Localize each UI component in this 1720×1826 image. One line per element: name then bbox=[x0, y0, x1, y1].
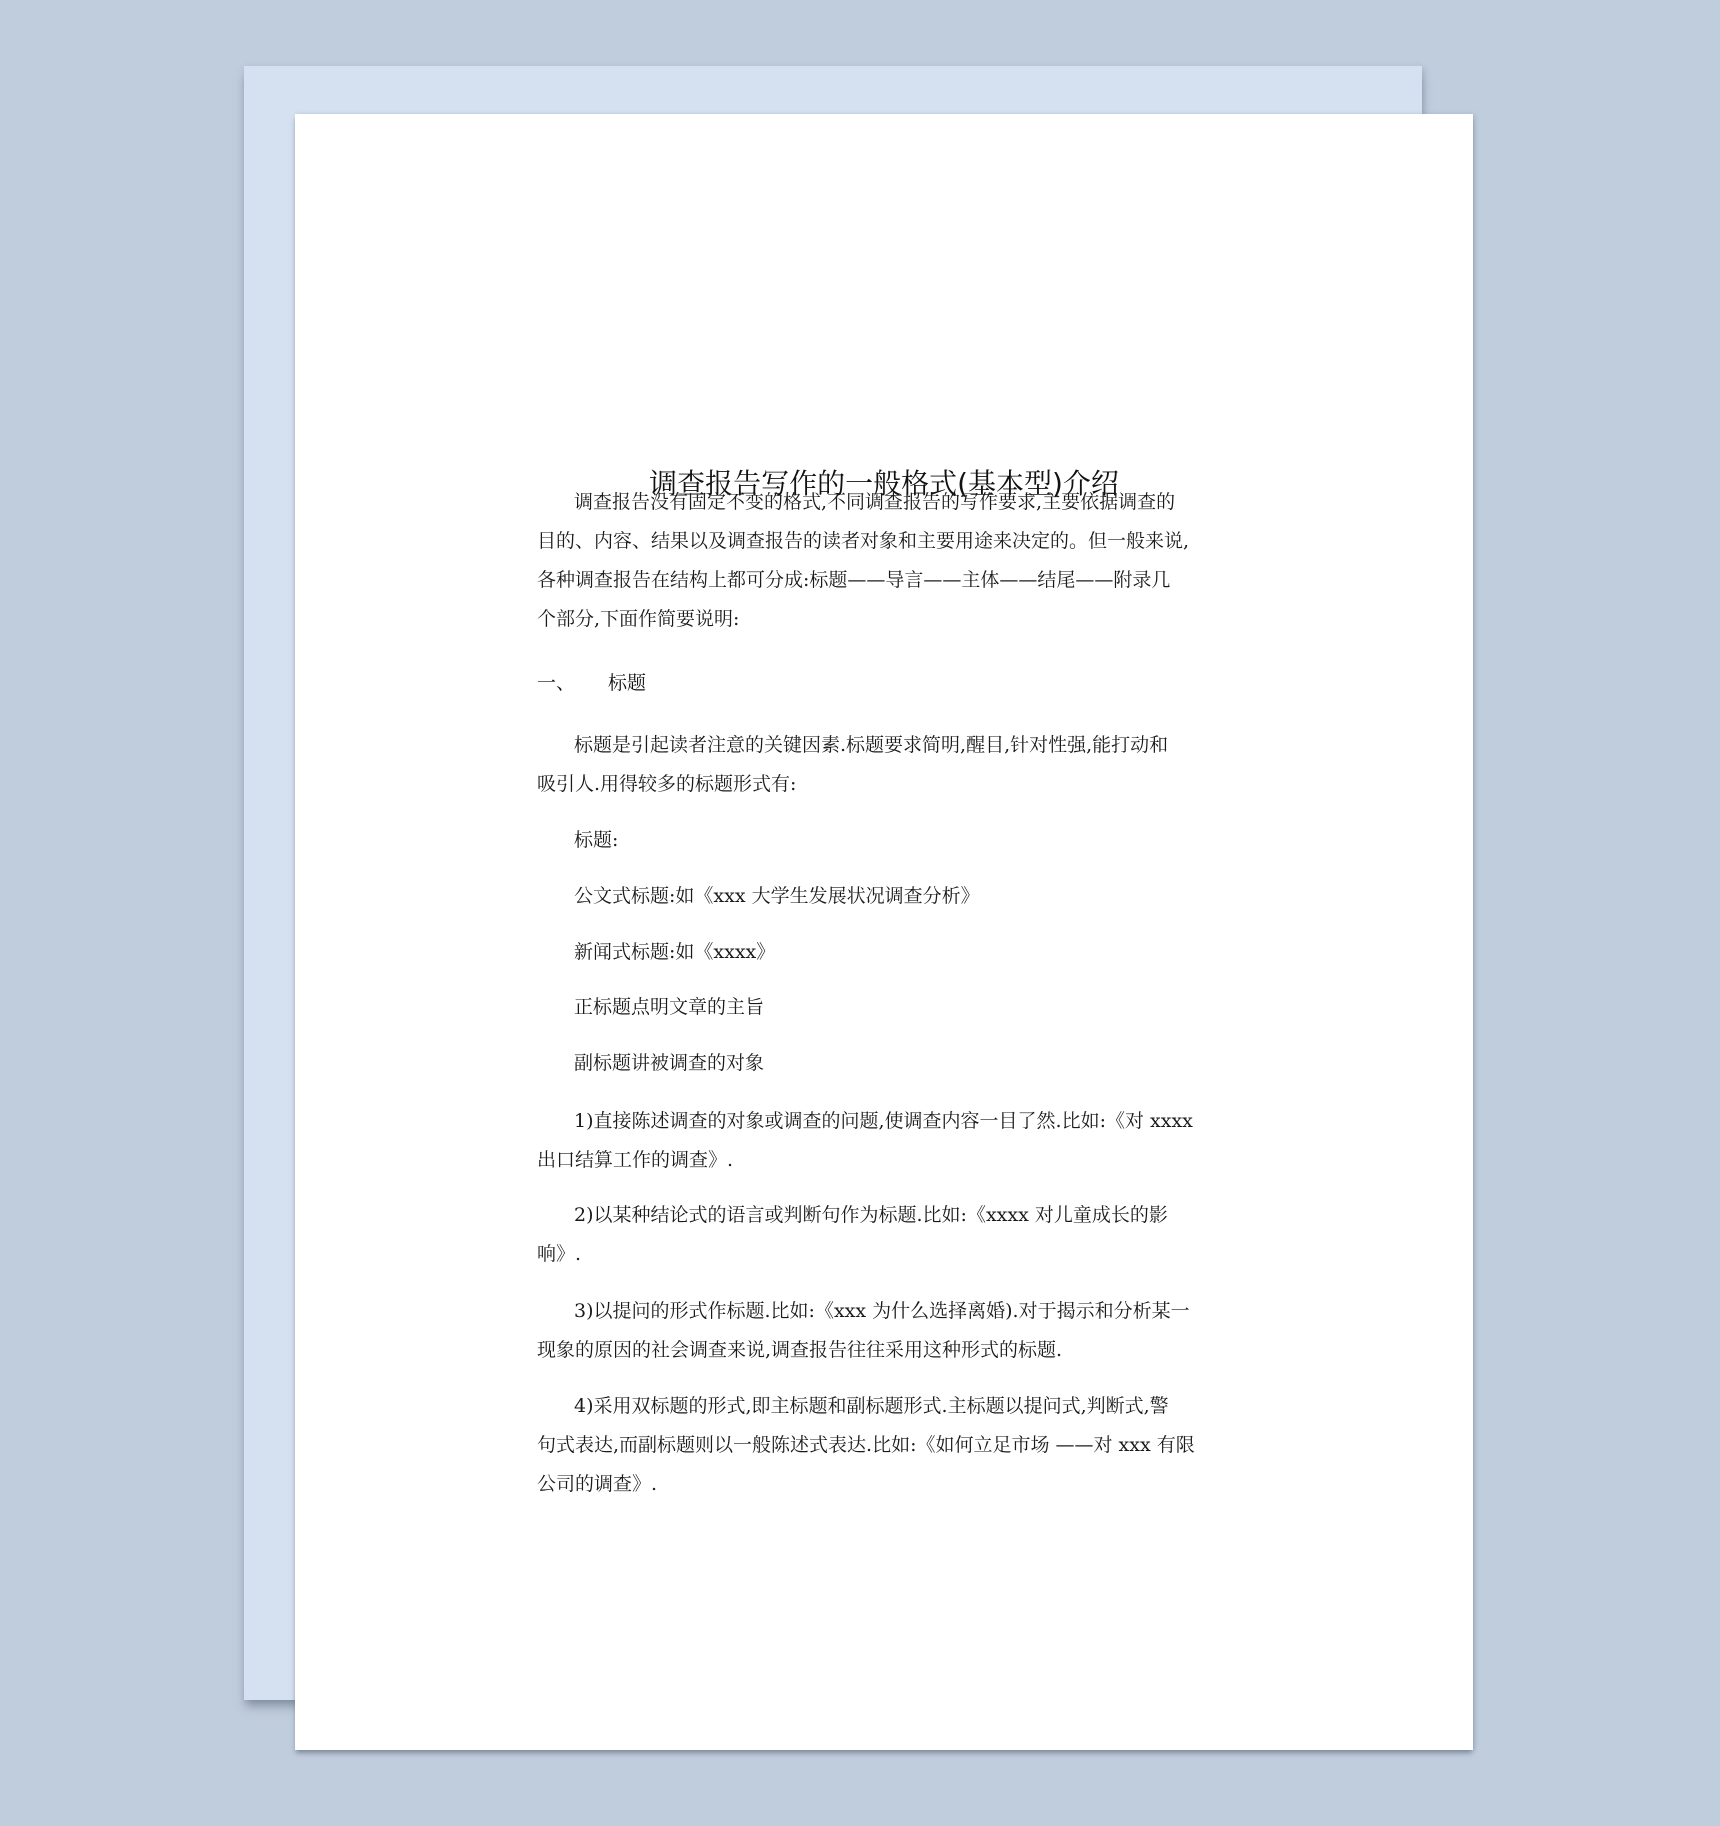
list-item: 标题: bbox=[574, 825, 618, 855]
intro-line: 调查报告没有固定不变的格式,不同调查报告的写作要求,主要依据调查的 bbox=[574, 487, 1175, 517]
intro-line: 个部分,下面作简要说明: bbox=[537, 604, 739, 634]
section-paragraph-line: 吸引人.用得较多的标题形式有: bbox=[537, 769, 796, 799]
intro-line: 各种调查报告在结构上都可分成:标题——导言——主体——结尾——附录几 bbox=[537, 565, 1170, 595]
numbered-point-line: 4)采用双标题的形式,即主标题和副标题形式.主标题以提问式,判断式,警 bbox=[574, 1391, 1169, 1421]
numbered-point-line: 响》. bbox=[537, 1239, 581, 1269]
numbered-point-line: 句式表达,而副标题则以一般陈述式表达.比如:《如何立足市场 ——对 xxx 有限 bbox=[537, 1430, 1195, 1460]
section-heading: 一、标题 bbox=[537, 668, 646, 698]
section-paragraph-line: 标题是引起读者注意的关键因素.标题要求简明,醒目,针对性强,能打动和 bbox=[574, 730, 1168, 760]
front-page-sheet: 调查报告写作的一般格式(基本型)介绍 调查报告没有固定不变的格式,不同调查报告的… bbox=[295, 114, 1473, 1750]
numbered-point-line: 3)以提问的形式作标题.比如:《xxx 为什么选择离婚).对于揭示和分析某一 bbox=[574, 1296, 1190, 1326]
section-number: 一、 bbox=[537, 668, 608, 698]
numbered-point-line: 公司的调查》. bbox=[537, 1469, 657, 1499]
numbered-point-line: 2)以某种结论式的语言或判断句作为标题.比如:《xxxx 对儿童成长的影 bbox=[574, 1200, 1168, 1230]
document-body: 调查报告写作的一般格式(基本型)介绍 调查报告没有固定不变的格式,不同调查报告的… bbox=[295, 114, 1473, 1750]
list-item: 正标题点明文章的主旨 bbox=[574, 992, 764, 1022]
list-item: 副标题讲被调查的对象 bbox=[574, 1048, 764, 1078]
numbered-point-line: 现象的原因的社会调查来说,调查报告往往采用这种形式的标题. bbox=[537, 1335, 1062, 1365]
section-heading-text: 标题 bbox=[608, 672, 646, 694]
list-item: 新闻式标题:如《xxxx》 bbox=[574, 937, 775, 967]
intro-line: 目的、内容、结果以及调查报告的读者对象和主要用途来决定的。但一般来说, bbox=[537, 526, 1189, 556]
list-item: 公文式标题:如《xxx 大学生发展状况调查分析》 bbox=[574, 881, 980, 911]
numbered-point-line: 1)直接陈述调查的对象或调查的问题,使调查内容一目了然.比如:《对 xxxx bbox=[574, 1106, 1193, 1136]
numbered-point-line: 出口结算工作的调查》. bbox=[537, 1145, 733, 1175]
